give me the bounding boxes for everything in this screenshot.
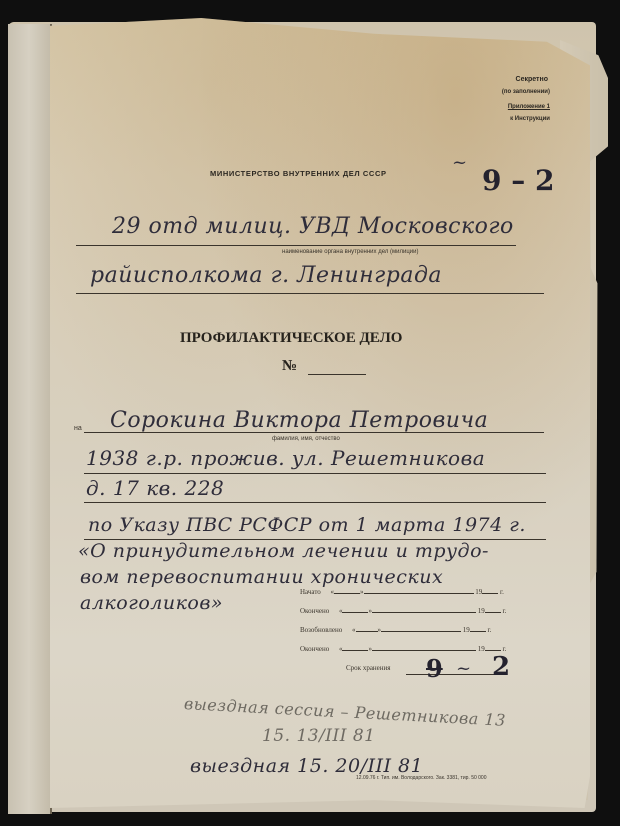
check-mark-icon: ~ — [452, 152, 468, 173]
secrecy-label: Секретно — [516, 76, 548, 83]
case-file-cover: Секретно (по заполнении) Приложение 1 к … — [50, 18, 590, 808]
agency-name-line1: 29 отд милиц. УВД Московского — [112, 214, 514, 239]
person-full-name: Сорокина Виктора Петровича — [110, 408, 488, 433]
agency-caption: наименование органа внутренних дел (мили… — [282, 249, 418, 255]
storage-label: Срок хранения — [346, 664, 391, 672]
name-underline — [84, 432, 544, 433]
corner-case-number: 9 – 2 — [482, 164, 554, 197]
appendix-label: Приложение 1 — [508, 104, 550, 110]
agency-name-line2: райисполкома г. Ленинграда — [90, 263, 442, 288]
secrecy-note: (по заполнении) — [502, 89, 550, 95]
storage-value: 2 — [492, 652, 510, 682]
document-title: ПРОФИЛАКТИЧЕСКОЕ ДЕЛО — [180, 330, 402, 347]
on-label: на — [74, 425, 82, 432]
pencil-note-session: выездная сессия – Решетникова 13 — [184, 694, 507, 730]
storage-value-crossed: 9 — [426, 654, 443, 683]
decree-title-line1: «О принудительном лечении и трудо- — [78, 540, 489, 562]
date-row-finished-2: Окончено «» 19 г. — [300, 645, 506, 653]
details-underline-2 — [84, 502, 546, 503]
folder-spine — [8, 24, 52, 814]
date-label: Окончено — [300, 645, 329, 653]
date-row-resumed: Возобновлено «» 19 г. — [300, 626, 491, 634]
agency-underline-1 — [76, 245, 516, 246]
date-label: Окончено — [300, 607, 329, 615]
name-caption: фамилия, имя, отчество — [272, 436, 340, 442]
date-label: Начато — [300, 588, 321, 596]
date-label: Возобновлено — [300, 626, 342, 634]
storage-blank — [406, 674, 496, 675]
printer-imprint: 12.09.76 г. Тип. им. Володарского. Зак. … — [356, 775, 487, 781]
date-row-finished: Окончено «» 19 г. — [300, 607, 506, 615]
ministry-header: МИНИСТЕРСТВО ВНУТРЕННИХ ДЕЛ СССР — [210, 169, 387, 178]
ink-note-session: выездная 15. 20/III 81 — [190, 755, 423, 777]
person-birth-address: 1938 г.р. прожив. ул. Решетникова — [86, 446, 485, 470]
details-underline-1 — [84, 473, 546, 474]
person-apartment: д. 17 кв. 228 — [86, 476, 224, 500]
decree-title-line3: алкоголиков» — [80, 592, 223, 614]
decree-title-line2: вом перевоспитании хронических — [80, 566, 443, 588]
tilde-mark: ~ — [456, 658, 472, 679]
instruction-label: к Инструкции — [510, 116, 550, 122]
case-number-label: № — [282, 358, 297, 375]
decree-reference: по Указу ПВС РСФСР от 1 марта 1974 г. — [88, 514, 526, 536]
case-number-blank — [308, 374, 366, 375]
date-row-started: Начато «» 19 г. — [300, 588, 504, 596]
pencil-note-date: 15. 13/III 81 — [262, 726, 375, 746]
agency-underline-2 — [76, 293, 544, 294]
